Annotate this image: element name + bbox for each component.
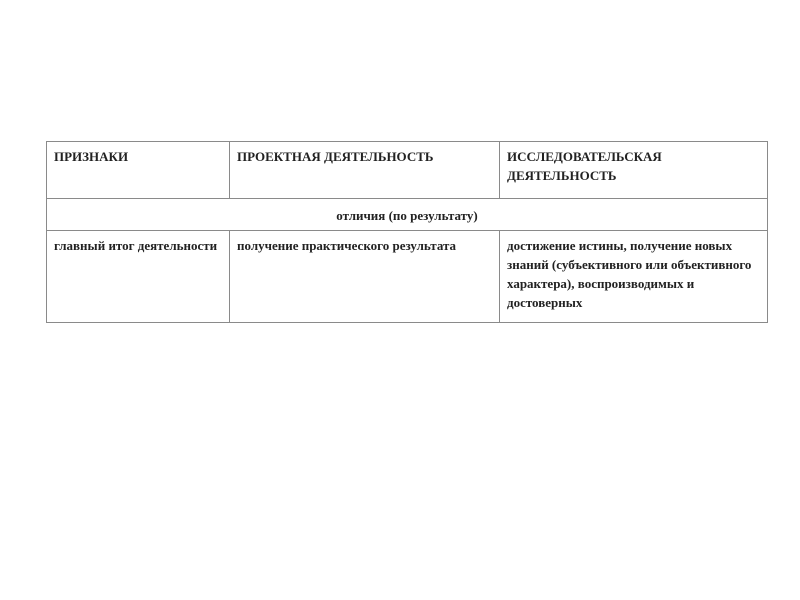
cell-research: достижение истины, получение новых знани… [500,231,768,323]
section-label: отличия (по результату) [47,199,768,231]
table-header-row: ПРИЗНАКИ ПРОЕКТНАЯ ДЕЯТЕЛЬНОСТЬ ИССЛЕДОВ… [47,142,768,199]
header-cell-research-activity: ИССЛЕДОВАТЕЛЬСКАЯ ДЕЯТЕЛЬНОСТЬ [500,142,768,199]
cell-project: получение практического результата [230,231,500,323]
header-cell-project-activity: ПРОЕКТНАЯ ДЕЯТЕЛЬНОСТЬ [230,142,500,199]
comparison-table: ПРИЗНАКИ ПРОЕКТНАЯ ДЕЯТЕЛЬНОСТЬ ИССЛЕДОВ… [46,141,768,323]
header-cell-features: ПРИЗНАКИ [47,142,230,199]
cell-feature: главный итог деятельности [47,231,230,323]
table-row: главный итог деятельности получение прак… [47,231,768,323]
section-row: отличия (по результату) [47,199,768,231]
